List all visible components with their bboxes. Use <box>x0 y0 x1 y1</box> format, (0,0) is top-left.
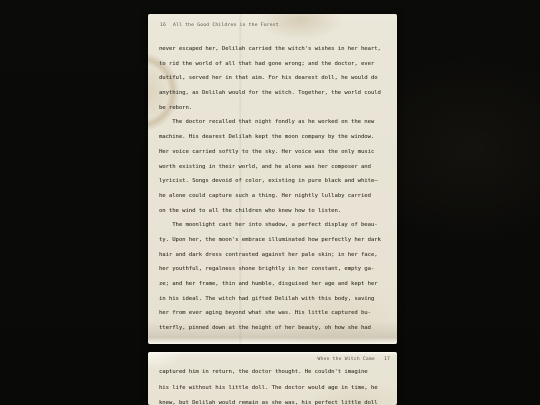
book-page-16: 16 All the Good Children in the Forest n… <box>148 14 397 344</box>
reader-background: 16 All the Good Children in the Forest n… <box>0 0 540 405</box>
text-line: he alone could capture such a thing. Her… <box>159 189 391 204</box>
page-number: 17 <box>384 357 390 362</box>
text-line: machine. His dearest Delilah kept the mo… <box>159 130 391 145</box>
running-title: When the Witch Came <box>318 357 375 362</box>
text-line: her from ever aging beyond what she was.… <box>159 306 391 321</box>
text-line: worth existing in their world, and he al… <box>159 160 391 175</box>
text-line: never escaped her, Delilah carried the w… <box>159 42 391 57</box>
text-line: ty. Upon her, the moon's embrace illumin… <box>159 233 391 248</box>
text-line: The doctor recalled that night fondly as… <box>159 115 391 130</box>
text-line: dutiful, served her in that aim. For his… <box>159 71 391 86</box>
text-line: hair and dark dress contrasted against h… <box>159 248 391 263</box>
page-body: never escaped her, Delilah carried the w… <box>159 42 391 336</box>
text-line: anything, as Delilah would for the witch… <box>159 86 391 101</box>
text-line: her youthful, regalness shone brightly i… <box>159 262 391 277</box>
text-line: captured him in return, the doctor thoug… <box>159 365 391 381</box>
text-line: tterfly, pinned down at the height of he… <box>159 321 391 336</box>
running-title: All the Good Children in the Forest <box>173 23 279 28</box>
text-line: on the wind to all the children who knew… <box>159 204 391 219</box>
page-body: captured him in return, the doctor thoug… <box>159 365 391 405</box>
book-page-17: When the Witch Came 17 captured him in r… <box>148 352 397 405</box>
text-line: his life without his little doll. The do… <box>159 381 391 397</box>
text-line: in his ideal. The witch had gifted Delil… <box>159 292 391 307</box>
page-header: When the Witch Came 17 <box>148 357 397 362</box>
text-line: ze; and her frame, thin and humble, disg… <box>159 277 391 292</box>
text-line: The moonlight cast her into shadow, a pe… <box>159 218 391 233</box>
text-line: be reborn. <box>159 101 391 116</box>
text-line: knew, but Delilah would remain as she wa… <box>159 396 391 405</box>
text-line: to rid the world of all that had gone wr… <box>159 57 391 72</box>
text-line: lyricist. Songs devoid of color, existin… <box>159 174 391 189</box>
page-number: 16 <box>160 23 166 28</box>
text-line: Her voice carried softly to the sky. Her… <box>159 145 391 160</box>
page-header: 16 All the Good Children in the Forest <box>148 23 397 28</box>
